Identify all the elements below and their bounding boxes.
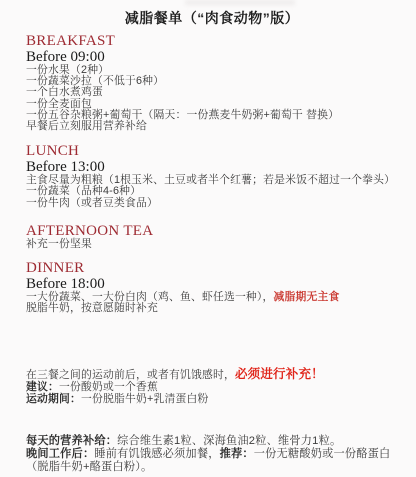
section-lunch: LUNCH Before 13:00 主食尽量为粗粮（1根玉米、土豆或者半个红薯… xyxy=(26,144,398,209)
dinner-time: Before 18:00 xyxy=(26,277,398,292)
section-afternoon-tea: AFTERNOON TEA 补充一份坚果 xyxy=(26,224,398,250)
dinner-no-staple-highlight: 减脂期无主食 xyxy=(274,291,340,303)
evening-line: 晚间工作后：睡前有饥饿感必须加餐，推荐：一份无糖酸奶或一份酪蛋白 xyxy=(26,448,398,461)
suggestion-line: 建议：一份酸奶或一个香蕉 xyxy=(26,381,398,393)
afternoon-tea-heading: AFTERNOON TEA xyxy=(26,224,398,239)
evening-text: 睡前有饥饿感必须加餐， xyxy=(94,448,219,460)
breakfast-item: 一个白水煮鸡蛋 xyxy=(26,87,398,98)
document-body: 减脂餐单（“肉食动物”版） BREAKFAST Before 09:00 一份水… xyxy=(26,8,398,474)
daily-nutrition-label: 每天的营养补给： xyxy=(26,435,117,447)
recommend-text: 一份无糖酸奶或一份酪蛋白 xyxy=(254,448,391,460)
daily-nutrition-line: 每天的营养补给：综合维生素1粒、深海鱼油2粒、维骨力1粒。 xyxy=(26,435,398,448)
dinner-item-milk: 脱脂牛奶，按意愿随时补充 xyxy=(26,303,398,314)
suggestion-text: 一份酸奶或一个香蕉 xyxy=(59,381,158,393)
page-title: 减脂餐单（“肉食动物”版） xyxy=(26,10,398,27)
exercise-label: 运动期间： xyxy=(26,393,81,405)
dinner-heading: DINNER xyxy=(26,261,398,276)
evening-label: 晚间工作后： xyxy=(26,448,94,460)
breakfast-item: 早餐后立刻服用营养补给 xyxy=(26,121,398,132)
section-dinner: DINNER Before 18:00 一大份蔬菜、一大份白肉（鸡、鱼、虾任选一… xyxy=(26,261,398,314)
must-supplement-highlight: 必须进行补充！ xyxy=(235,367,324,381)
daily-notes-block: 每天的营养补给：综合维生素1粒、深海鱼油2粒、维骨力1粒。 晚间工作后：睡前有饥… xyxy=(26,435,398,474)
top-crop-artifact xyxy=(185,0,295,5)
lunch-time: Before 13:00 xyxy=(26,160,398,175)
supplement-rule-line: 在三餐之间的运动前后，或者有饥饿感时，必须进行补充！ xyxy=(26,368,398,381)
supplement-note-block: 在三餐之间的运动前后，或者有饥饿感时，必须进行补充！ 建议：一份酸奶或一个香蕉 … xyxy=(26,368,398,405)
recommend-label: 推荐： xyxy=(220,448,254,460)
breakfast-heading: BREAKFAST xyxy=(26,34,398,49)
exercise-text: 一份脱脂牛奶+乳清蛋白粉 xyxy=(81,393,208,405)
meal-plan-document: 减脂餐单（“肉食动物”版） BREAKFAST Before 09:00 一份水… xyxy=(0,0,416,477)
lunch-item: 一份蔬菜（品种4-6种） xyxy=(26,186,398,197)
suggestion-label: 建议： xyxy=(26,381,59,393)
lunch-item: 一份牛肉（或者豆类食品） xyxy=(26,198,398,209)
breakfast-time: Before 09:00 xyxy=(26,50,398,65)
exercise-line: 运动期间：一份脱脂牛奶+乳清蛋白粉 xyxy=(26,393,398,405)
section-breakfast: BREAKFAST Before 09:00 一份水果（2种） 一份蔬菜沙拉（不… xyxy=(26,34,398,132)
afternoon-tea-item: 补充一份坚果 xyxy=(26,239,398,250)
recommend-cont-line: （脱脂牛奶+酪蛋白粉）。 xyxy=(26,461,398,474)
daily-nutrition-text: 综合维生素1粒、深海鱼油2粒、维骨力1粒。 xyxy=(117,435,341,447)
lunch-heading: LUNCH xyxy=(26,144,398,159)
supplement-rule-text: 在三餐之间的运动前后，或者有饥饿感时， xyxy=(26,369,235,381)
